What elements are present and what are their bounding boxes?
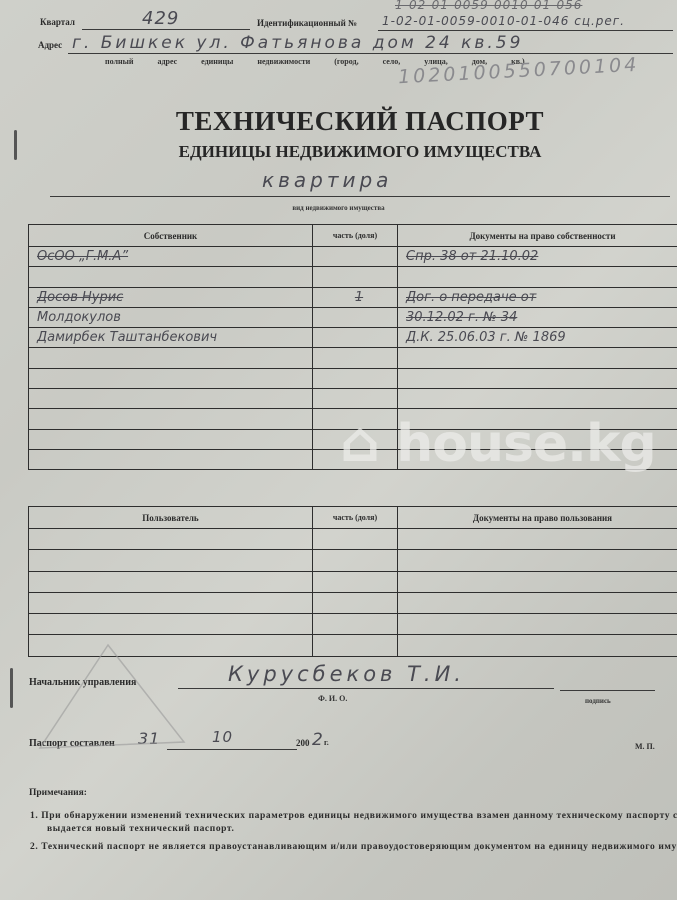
user-cell xyxy=(29,614,313,635)
user-share-cell xyxy=(313,529,398,550)
owner-cell xyxy=(29,348,313,368)
share-cell xyxy=(313,368,398,388)
note-item-2: 2. Технический паспорт не является право… xyxy=(30,841,677,854)
date-year-prefix: 200 xyxy=(296,738,310,748)
user-row xyxy=(29,529,677,550)
document-subtitle: ЕДИНИЦЫ НЕДВИЖИМОГО ИМУЩЕСТВА xyxy=(0,142,677,162)
user-document-cell xyxy=(398,592,677,613)
user-share-header: часть (доля) xyxy=(313,507,398,529)
owner-header: Собственник xyxy=(29,225,313,247)
date-month-line xyxy=(167,749,297,750)
share-cell xyxy=(313,389,398,409)
user-document-cell xyxy=(398,614,677,635)
owner-cell xyxy=(29,267,313,287)
owner-row xyxy=(29,389,677,409)
user-document-cell xyxy=(398,635,677,656)
date-month: 10 xyxy=(212,728,233,746)
id-struck-value: 1-02-01-0059-0010-01-056 xyxy=(395,0,582,12)
user-share-cell xyxy=(313,635,398,656)
owner-row: Молдокулов30.12.02 г. № 34 xyxy=(29,307,677,327)
share-cell xyxy=(313,307,398,327)
user-document-cell xyxy=(398,550,677,571)
document-title: ТЕХНИЧЕСКИЙ ПАСПОРТ xyxy=(0,106,677,137)
stamp-triangle-icon xyxy=(36,640,186,750)
user-row xyxy=(29,592,677,613)
kvartal-line xyxy=(82,29,250,30)
address-line xyxy=(68,53,673,54)
share-cell xyxy=(313,328,398,348)
owner-cell: Молдокулов xyxy=(29,307,313,327)
property-type-line xyxy=(50,196,670,197)
document-cell xyxy=(398,368,677,388)
user-row xyxy=(29,571,677,592)
user-header: Пользователь xyxy=(29,507,313,529)
user-cell xyxy=(29,529,313,550)
watermark-text: house.kg xyxy=(396,414,656,474)
share-cell xyxy=(313,247,398,267)
user-share-cell xyxy=(313,592,398,613)
owner-row xyxy=(29,267,677,287)
id-value: 1-02-01-0059-0010-01-046 сц.рег. xyxy=(382,14,625,28)
fio-hint: Ф. И. О. xyxy=(318,694,347,703)
user-document-cell xyxy=(398,529,677,550)
stamp-place: М. П. xyxy=(635,742,655,751)
kvartal-value: 429 xyxy=(142,8,179,29)
document-cell: 30.12.02 г. № 34 xyxy=(398,307,677,327)
staple-mark xyxy=(10,668,13,708)
share-cell xyxy=(313,348,398,368)
notes-title: Примечания: xyxy=(29,788,87,798)
user-documents-header: Документы на право пользования xyxy=(398,507,677,529)
date-year-unit: г. xyxy=(324,738,329,747)
document-cell: Дог. о передаче от xyxy=(398,287,677,307)
share-header: часть (доля) xyxy=(313,225,398,247)
owner-row: ОсОО „Г.М.А”Спр. 38 от 21.10.02 xyxy=(29,247,677,267)
user-row xyxy=(29,614,677,635)
signature-line xyxy=(560,690,655,691)
house-kg-watermark: ⌂ house.kg xyxy=(340,410,656,475)
id-line xyxy=(378,30,673,31)
owner-cell xyxy=(29,429,313,449)
users-table: Пользователь часть (доля) Документы на п… xyxy=(28,506,677,657)
document-cell xyxy=(398,389,677,409)
user-cell xyxy=(29,592,313,613)
chief-name-line xyxy=(178,688,554,689)
user-document-cell xyxy=(398,571,677,592)
signature-hint: подпись xyxy=(585,697,611,705)
share-cell: 1 xyxy=(313,287,398,307)
owner-row xyxy=(29,348,677,368)
owner-cell: Досов Нурис xyxy=(29,287,313,307)
user-cell xyxy=(29,550,313,571)
owner-row: Дамирбек ТаштанбековичД.К. 25.06.03 г. №… xyxy=(29,328,677,348)
kvartal-label: Квартал xyxy=(40,17,75,27)
share-cell xyxy=(313,267,398,287)
owner-cell xyxy=(29,449,313,469)
user-row xyxy=(29,550,677,571)
owner-cell xyxy=(29,409,313,429)
owner-row: Досов Нурис1Дог. о передаче от xyxy=(29,287,677,307)
document-cell xyxy=(398,348,677,368)
user-cell xyxy=(29,571,313,592)
property-type-hint: вид недвижимого имущества xyxy=(0,204,677,212)
owner-cell: ОсОО „Г.М.А” xyxy=(29,247,313,267)
document-cell xyxy=(398,267,677,287)
chief-name-value: Курусбеков Т.И. xyxy=(228,662,465,686)
owner-cell: Дамирбек Таштанбекович xyxy=(29,328,313,348)
user-share-cell xyxy=(313,550,398,571)
document-cell: Спр. 38 от 21.10.02 xyxy=(398,247,677,267)
owner-row xyxy=(29,368,677,388)
address-label: Адрес xyxy=(38,40,62,50)
document-cell: Д.К. 25.06.03 г. № 1869 xyxy=(398,328,677,348)
id-label: Идентификационный № xyxy=(257,18,357,28)
address-value: г. Бишкек ул. Фатьянова дом 24 кв.59 xyxy=(72,33,523,53)
user-share-cell xyxy=(313,614,398,635)
owner-cell xyxy=(29,389,313,409)
documents-header: Документы на право собственности xyxy=(398,225,677,247)
note-item-1: 1. При обнаружении изменений технических… xyxy=(30,810,677,836)
owner-cell xyxy=(29,368,313,388)
user-share-cell xyxy=(313,571,398,592)
property-type-value: квартира xyxy=(262,168,392,192)
date-year-suffix: 2 xyxy=(312,730,324,750)
